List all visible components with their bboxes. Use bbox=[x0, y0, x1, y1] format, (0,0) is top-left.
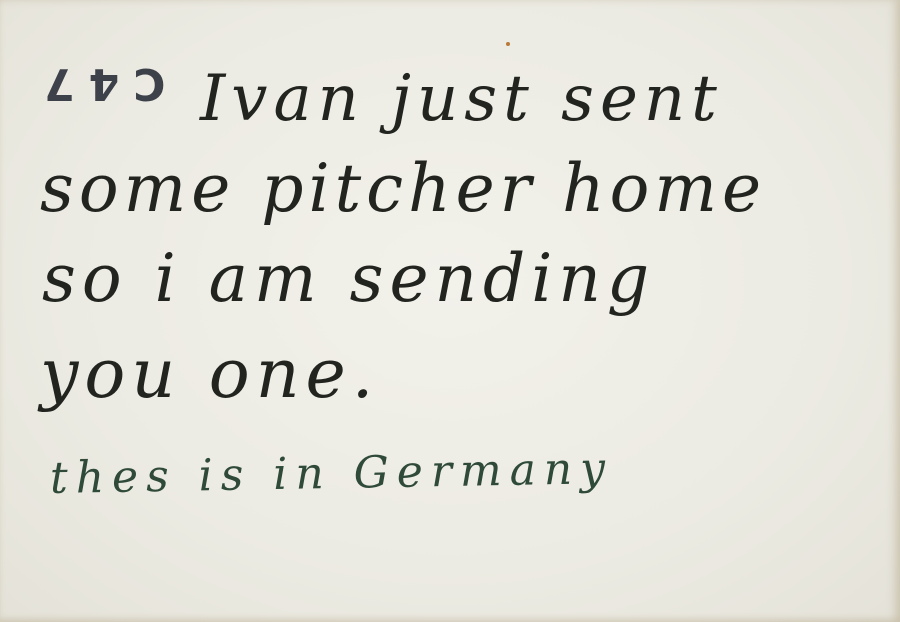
catalog-stamp: C47 bbox=[30, 58, 166, 109]
green-annotation: thes is in Germany bbox=[50, 443, 614, 504]
handwritten-note: C47 Ivan just sent some pitcher home so … bbox=[0, 0, 900, 622]
note-line-1: Ivan just sent bbox=[200, 62, 723, 136]
note-line-2: some pitcher home bbox=[40, 150, 766, 227]
paper-speck bbox=[506, 42, 510, 46]
note-line-3: so i am sending bbox=[42, 240, 655, 317]
note-line-4: you one. bbox=[40, 335, 379, 414]
